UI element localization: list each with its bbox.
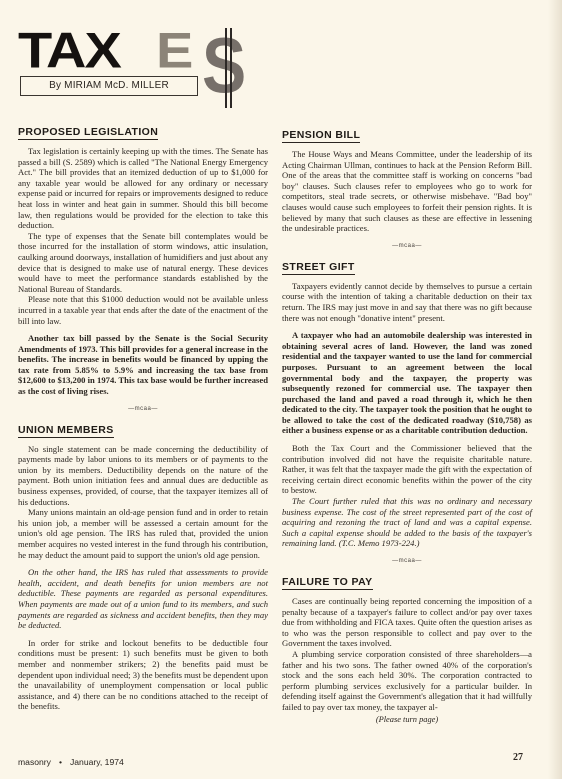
paragraph: The House Ways and Means Committee, unde… bbox=[282, 149, 532, 234]
masthead: TAX E S By MIRIAM McD. MILLER bbox=[18, 28, 258, 108]
footer-publication: masonry•January, 1974 bbox=[18, 757, 124, 767]
issue-date: January, 1974 bbox=[70, 757, 124, 767]
bullet-icon: • bbox=[59, 757, 62, 767]
dollar-sign-stroke bbox=[230, 28, 232, 108]
paragraph: Please note that this $1000 deduction wo… bbox=[18, 294, 268, 326]
heading-pension-bill: PENSION BILL bbox=[282, 129, 360, 143]
paragraph: In order for strike and lockout benefits… bbox=[18, 638, 268, 712]
paragraph: No single statement can be made concerni… bbox=[18, 444, 268, 508]
paragraph-italic: The Court further ruled that this was no… bbox=[282, 496, 532, 549]
paragraph: The type of expenses that the Senate bil… bbox=[18, 231, 268, 295]
heading-failure-to-pay: FAILURE TO PAY bbox=[282, 576, 373, 590]
right-column: PENSION BILL The House Ways and Means Co… bbox=[282, 125, 532, 724]
magazine-page: TAX E S By MIRIAM McD. MILLER PROPOSED L… bbox=[0, 0, 562, 779]
section-separator: —mcaa— bbox=[282, 558, 532, 564]
section-separator: —mcaa— bbox=[282, 243, 532, 249]
page-edge-shadow bbox=[548, 0, 562, 779]
heading-proposed-legislation: PROPOSED LEGISLATION bbox=[18, 126, 158, 140]
paragraph: Taxpayers evidently cannot decide by the… bbox=[282, 281, 532, 323]
paragraph: Cases are continually being reported con… bbox=[282, 596, 532, 649]
page-number: 27 bbox=[513, 752, 523, 763]
left-column: PROPOSED LEGISLATION Tax legislation is … bbox=[18, 122, 268, 712]
heading-union-members: UNION MEMBERS bbox=[18, 424, 114, 438]
paragraph: Tax legislation is certainly keeping up … bbox=[18, 146, 268, 231]
section-separator: —mcaa— bbox=[18, 406, 268, 412]
byline: By MIRIAM McD. MILLER bbox=[20, 76, 198, 96]
paragraph-bold: A taxpayer who had an automobile dealers… bbox=[282, 330, 532, 436]
paragraph-italic: On the other hand, the IRS has ruled tha… bbox=[18, 567, 268, 631]
paragraph-bold: Another tax bill passed by the Senate is… bbox=[18, 333, 268, 397]
publication-name: masonry bbox=[18, 757, 51, 767]
continuation-note: (Please turn page) bbox=[282, 715, 532, 724]
paragraph: Many unions maintain an old-age pension … bbox=[18, 507, 268, 560]
paragraph: A plumbing service corporation consisted… bbox=[282, 649, 532, 713]
title-e: E bbox=[156, 28, 193, 73]
title-tax: TAX bbox=[18, 28, 120, 73]
heading-street-gift: STREET GIFT bbox=[282, 261, 355, 275]
dollar-sign-stroke bbox=[225, 28, 227, 108]
paragraph: Both the Tax Court and the Commissioner … bbox=[282, 443, 532, 496]
